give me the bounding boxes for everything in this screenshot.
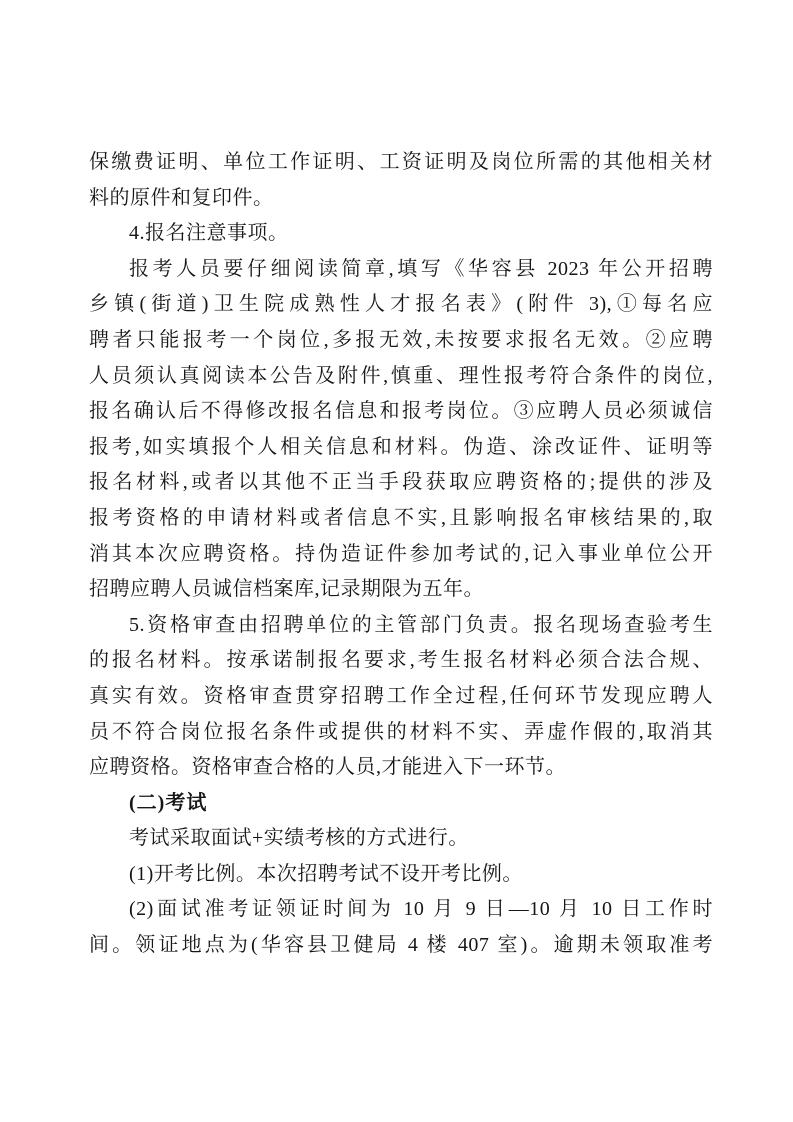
doc-line: 料的原件和复印件。 <box>89 181 713 217</box>
doc-line: 考试采取面试+实绩考核的方式进行。 <box>89 821 713 857</box>
doc-line: 乡镇(街道)卫生院成熟性人才报名表》(附件 3),①每名应 <box>89 287 713 323</box>
doc-line: 人员须认真阅读本公告及附件,慎重、理性报考符合条件的岗位, <box>89 359 713 395</box>
doc-line: 的报名材料。按承诺制报名要求,考生报名材料必须合法合规、 <box>89 643 713 679</box>
doc-line: 间。领证地点为(华容县卫健局 4 楼 407 室)。逾期未领取准考 <box>89 928 713 964</box>
doc-line: 招聘应聘人员诚信档案库,记录期限为五年。 <box>89 572 713 608</box>
doc-line: (2)面试准考证领证时间为 10 月 9 日—10 月 10 日工作时 <box>89 892 713 928</box>
doc-line: 报名确认后不得修改报名信息和报考岗位。③应聘人员必须诚信 <box>89 394 713 430</box>
doc-line: 保缴费证明、单位工作证明、工资证明及岗位所需的其他相关材 <box>89 145 713 181</box>
doc-line: 4.报名注意事项。 <box>89 216 713 252</box>
section-heading: (二)考试 <box>89 786 713 822</box>
doc-line: 消其本次应聘资格。持伪造证件参加考试的,记入事业单位公开 <box>89 537 713 573</box>
document-page: 保缴费证明、单位工作证明、工资证明及岗位所需的其他相关材 料的原件和复印件。 4… <box>0 0 793 1122</box>
doc-line: 报考,如实填报个人相关信息和材料。伪造、涂改证件、证明等 <box>89 430 713 466</box>
doc-line: (1)开考比例。本次招聘考试不设开考比例。 <box>89 857 713 893</box>
doc-line: 应聘资格。资格审查合格的人员,才能进入下一环节。 <box>89 750 713 786</box>
doc-line: 报名材料,或者以其他不正当手段获取应聘资格的;提供的涉及 <box>89 465 713 501</box>
doc-line: 真实有效。资格审查贯穿招聘工作全过程,任何环节发现应聘人 <box>89 679 713 715</box>
doc-line: 员不符合岗位报名条件或提供的材料不实、弄虚作假的,取消其 <box>89 715 713 751</box>
doc-line: 5.资格审查由招聘单位的主管部门负责。报名现场查验考生 <box>89 608 713 644</box>
doc-line: 报考人员要仔细阅读简章,填写《华容县 2023 年公开招聘 <box>89 252 713 288</box>
doc-line: 报考资格的申请材料或者信息不实,且影响报名审核结果的,取 <box>89 501 713 537</box>
doc-line: 聘者只能报考一个岗位,多报无效,未按要求报名无效。②应聘 <box>89 323 713 359</box>
document-text-block: 保缴费证明、单位工作证明、工资证明及岗位所需的其他相关材 料的原件和复印件。 4… <box>89 145 713 964</box>
